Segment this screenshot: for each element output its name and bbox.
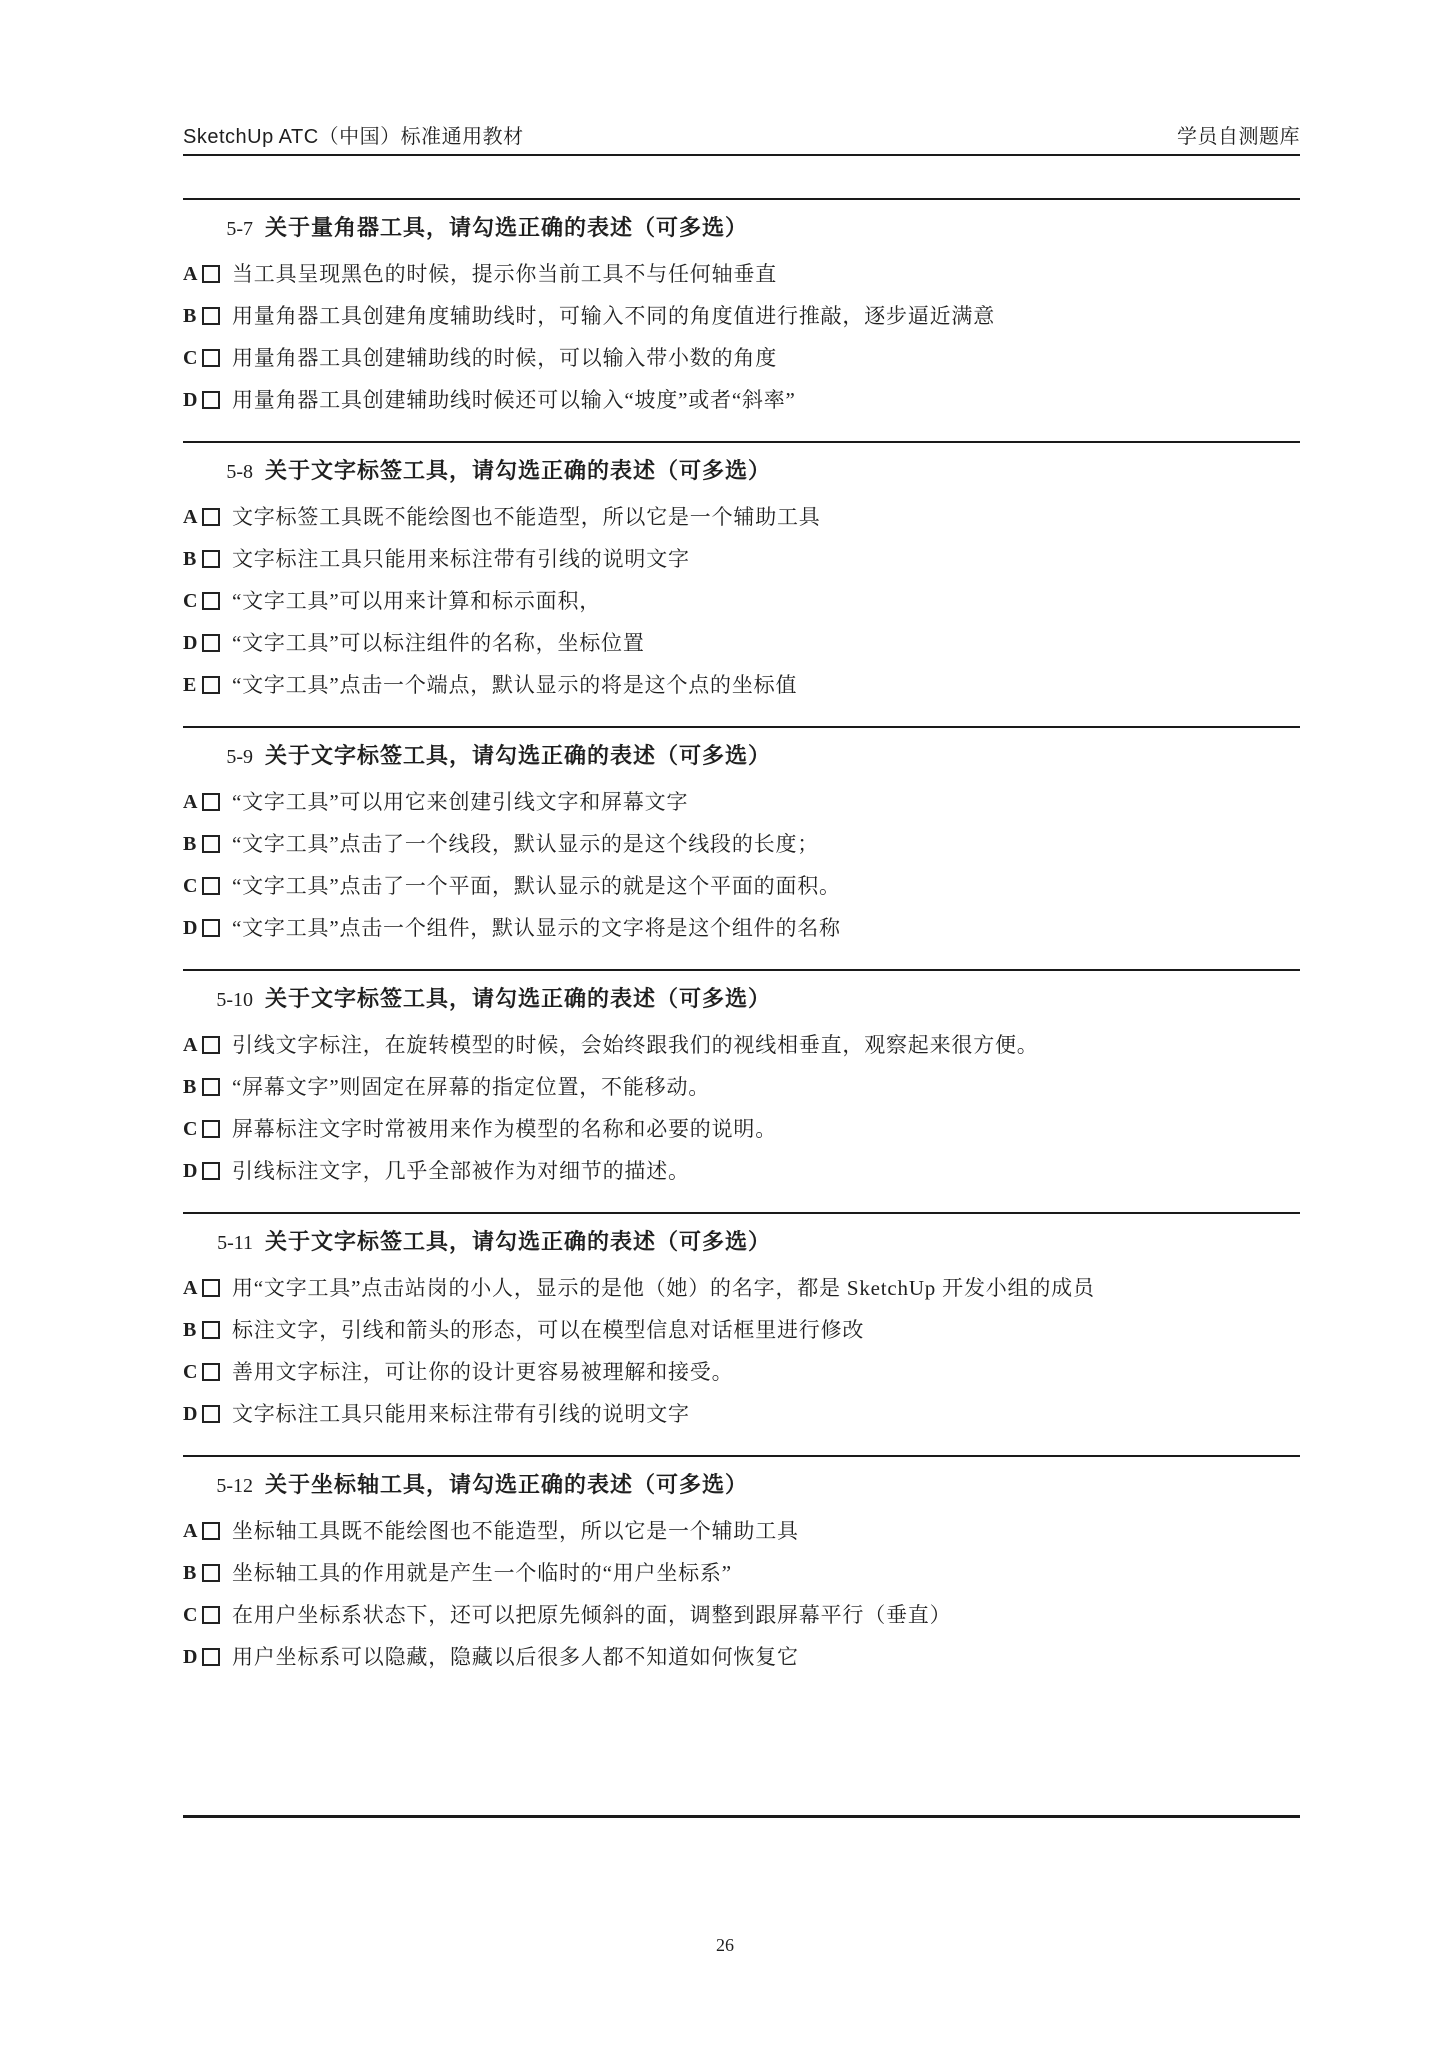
option-text: “文字工具”点击了一个线段，默认显示的是这个线段的长度； <box>232 830 819 858</box>
option-text: “文字工具”可以用它来创建引线文字和屏幕文字 <box>232 788 688 816</box>
checkbox-icon[interactable] <box>202 1522 220 1540</box>
option-text: “文字工具”可以用来计算和标示面积， <box>232 587 601 615</box>
checkbox-icon[interactable] <box>202 835 220 853</box>
checkbox-icon[interactable] <box>202 634 220 652</box>
question-block: 5-11 关于文字标签工具，请勾选正确的表述（可多选） A 用“文字工具”点击站… <box>183 1212 1300 1455</box>
question-title: 关于坐标轴工具，请勾选正确的表述（可多选） <box>265 1471 748 1499</box>
option-letter: A <box>183 263 202 286</box>
checkbox-icon[interactable] <box>202 1078 220 1096</box>
question-title-row: 5-11 关于文字标签工具，请勾选正确的表述（可多选） <box>183 1228 1300 1256</box>
question-title: 关于量角器工具，请勾选正确的表述（可多选） <box>265 214 748 242</box>
option-letter: D <box>183 917 202 940</box>
checkbox-icon[interactable] <box>202 676 220 694</box>
question-number: 5-7 <box>183 218 253 241</box>
checkbox-icon[interactable] <box>202 877 220 895</box>
checkbox-icon[interactable] <box>202 1648 220 1666</box>
checkbox-icon[interactable] <box>202 1405 220 1423</box>
option-letter: C <box>183 590 202 613</box>
question-number: 5-9 <box>183 746 253 769</box>
option-text: “文字工具”可以标注组件的名称，坐标位置 <box>232 629 645 657</box>
option-row: C 屏幕标注文字时常被用来作为模型的名称和必要的说明。 <box>183 1115 1300 1143</box>
option-text: 文字标签工具既不能绘图也不能造型，所以它是一个辅助工具 <box>232 503 821 531</box>
checkbox-icon[interactable] <box>202 1363 220 1381</box>
option-row: B “文字工具”点击了一个线段，默认显示的是这个线段的长度； <box>183 830 1300 858</box>
question-title: 关于文字标签工具，请勾选正确的表述（可多选） <box>265 985 771 1013</box>
question-title: 关于文字标签工具，请勾选正确的表述（可多选） <box>265 742 771 770</box>
checkbox-icon[interactable] <box>202 550 220 568</box>
option-text: “屏幕文字”则固定在屏幕的指定位置，不能移动。 <box>232 1073 710 1101</box>
checkbox-icon[interactable] <box>202 1564 220 1582</box>
checkbox-icon[interactable] <box>202 391 220 409</box>
option-letter: D <box>183 1403 202 1426</box>
question-number: 5-11 <box>183 1232 253 1255</box>
option-text: 当工具呈现黑色的时候，提示你当前工具不与任何轴垂直 <box>232 260 777 288</box>
option-letter: D <box>183 1160 202 1183</box>
option-text: 用户坐标系可以隐藏，隐藏以后很多人都不知道如何恢复它 <box>232 1643 799 1671</box>
option-list: A 引线文字标注，在旋转模型的时候，会始终跟我们的视线相垂直，观察起来很方便。 … <box>183 1031 1300 1185</box>
checkbox-icon[interactable] <box>202 1321 220 1339</box>
question-list: 5-7 关于量角器工具，请勾选正确的表述（可多选） A 当工具呈现黑色的时候，提… <box>183 198 1300 1698</box>
header-left-title: SketchUp ATC（中国）标准通用教材 <box>183 120 524 149</box>
question-number: 5-12 <box>183 1475 253 1498</box>
option-text: “文字工具”点击一个端点，默认显示的将是这个点的坐标值 <box>232 671 797 699</box>
option-text: “文字工具”点击了一个平面，默认显示的就是这个平面的面积。 <box>232 872 841 900</box>
option-row: A 用“文字工具”点击站岗的小人，显示的是他（她）的名字，都是 SketchUp… <box>183 1274 1300 1302</box>
option-row: C “文字工具”可以用来计算和标示面积， <box>183 587 1300 615</box>
option-row: B 标注文字，引线和箭头的形态，可以在模型信息对话框里进行修改 <box>183 1316 1300 1344</box>
option-letter: B <box>183 1076 202 1099</box>
question-number: 5-10 <box>183 989 253 1012</box>
checkbox-icon[interactable] <box>202 349 220 367</box>
option-row: C 善用文字标注，可让你的设计更容易被理解和接受。 <box>183 1358 1300 1386</box>
option-letter: D <box>183 1646 202 1669</box>
question-title: 关于文字标签工具，请勾选正确的表述（可多选） <box>265 1228 771 1256</box>
option-row: C “文字工具”点击了一个平面，默认显示的就是这个平面的面积。 <box>183 872 1300 900</box>
option-letter: A <box>183 791 202 814</box>
option-list: A 用“文字工具”点击站岗的小人，显示的是他（她）的名字，都是 SketchUp… <box>183 1274 1300 1428</box>
option-row: E “文字工具”点击一个端点，默认显示的将是这个点的坐标值 <box>183 671 1300 699</box>
option-letter: B <box>183 1319 202 1342</box>
checkbox-icon[interactable] <box>202 508 220 526</box>
option-text: 文字标注工具只能用来标注带有引线的说明文字 <box>232 1400 690 1428</box>
footer-rule <box>183 1815 1300 1818</box>
option-letter: D <box>183 389 202 412</box>
option-row: B 文字标注工具只能用来标注带有引线的说明文字 <box>183 545 1300 573</box>
option-list: A 当工具呈现黑色的时候，提示你当前工具不与任何轴垂直 B 用量角器工具创建角度… <box>183 260 1300 414</box>
checkbox-icon[interactable] <box>202 1279 220 1297</box>
option-row: C 用量角器工具创建辅助线的时候，可以输入带小数的角度 <box>183 344 1300 372</box>
option-letter: A <box>183 1277 202 1300</box>
option-row: B 用量角器工具创建角度辅助线时，可输入不同的角度值进行推敲，逐步逼近满意 <box>183 302 1300 330</box>
option-text: 坐标轴工具既不能绘图也不能造型，所以它是一个辅助工具 <box>232 1517 799 1545</box>
option-letter: A <box>183 1520 202 1543</box>
option-row: A 文字标签工具既不能绘图也不能造型，所以它是一个辅助工具 <box>183 503 1300 531</box>
option-letter: B <box>183 548 202 571</box>
checkbox-icon[interactable] <box>202 592 220 610</box>
option-row: B 坐标轴工具的作用就是产生一个临时的“用户坐标系” <box>183 1559 1300 1587</box>
question-block: 5-8 关于文字标签工具，请勾选正确的表述（可多选） A 文字标签工具既不能绘图… <box>183 441 1300 726</box>
option-letter: B <box>183 833 202 856</box>
question-block: 5-7 关于量角器工具，请勾选正确的表述（可多选） A 当工具呈现黑色的时候，提… <box>183 198 1300 441</box>
page-number: 26 <box>0 1935 1450 1956</box>
option-letter: C <box>183 875 202 898</box>
option-letter: E <box>183 674 202 697</box>
option-text: 标注文字，引线和箭头的形态，可以在模型信息对话框里进行修改 <box>232 1316 864 1344</box>
option-row: D “文字工具”可以标注组件的名称，坐标位置 <box>183 629 1300 657</box>
option-row: A 引线文字标注，在旋转模型的时候，会始终跟我们的视线相垂直，观察起来很方便。 <box>183 1031 1300 1059</box>
option-text: 坐标轴工具的作用就是产生一个临时的“用户坐标系” <box>232 1559 732 1587</box>
option-row: D 用户坐标系可以隐藏，隐藏以后很多人都不知道如何恢复它 <box>183 1643 1300 1671</box>
option-row: A “文字工具”可以用它来创建引线文字和屏幕文字 <box>183 788 1300 816</box>
option-row: D 文字标注工具只能用来标注带有引线的说明文字 <box>183 1400 1300 1428</box>
header-right-title: 学员自测题库 <box>1177 120 1300 149</box>
option-letter: B <box>183 1562 202 1585</box>
option-text: 在用户坐标系状态下，还可以把原先倾斜的面，调整到跟屏幕平行（垂直） <box>232 1601 951 1629</box>
option-letter: D <box>183 632 202 655</box>
option-text: 用“文字工具”点击站岗的小人，显示的是他（她）的名字，都是 SketchUp 开… <box>232 1274 1095 1302</box>
option-letter: A <box>183 1034 202 1057</box>
option-text: 引线文字标注，在旋转模型的时候，会始终跟我们的视线相垂直，观察起来很方便。 <box>232 1031 1039 1059</box>
option-text: 用量角器工具创建辅助线的时候，可以输入带小数的角度 <box>232 344 777 372</box>
option-letter: C <box>183 347 202 370</box>
question-block: 5-9 关于文字标签工具，请勾选正确的表述（可多选） A “文字工具”可以用它来… <box>183 726 1300 969</box>
option-list: A 文字标签工具既不能绘图也不能造型，所以它是一个辅助工具 B 文字标注工具只能… <box>183 503 1300 699</box>
option-row: D “文字工具”点击一个组件，默认显示的文字将是这个组件的名称 <box>183 914 1300 942</box>
checkbox-icon[interactable] <box>202 1162 220 1180</box>
question-title-row: 5-8 关于文字标签工具，请勾选正确的表述（可多选） <box>183 457 1300 485</box>
checkbox-icon[interactable] <box>202 919 220 937</box>
checkbox-icon[interactable] <box>202 1120 220 1138</box>
checkbox-icon[interactable] <box>202 1036 220 1054</box>
question-number: 5-8 <box>183 461 253 484</box>
checkbox-icon[interactable] <box>202 793 220 811</box>
option-letter: C <box>183 1361 202 1384</box>
option-text: 引线标注文字，几乎全部被作为对细节的描述。 <box>232 1157 690 1185</box>
checkbox-icon[interactable] <box>202 265 220 283</box>
option-text: 用量角器工具创建角度辅助线时，可输入不同的角度值进行推敲，逐步逼近满意 <box>232 302 995 330</box>
page-header: SketchUp ATC（中国）标准通用教材 学员自测题库 <box>183 120 1300 156</box>
option-text: 善用文字标注，可让你的设计更容易被理解和接受。 <box>232 1358 733 1386</box>
option-row: A 当工具呈现黑色的时候，提示你当前工具不与任何轴垂直 <box>183 260 1300 288</box>
option-row: D 用量角器工具创建辅助线时候还可以输入“坡度”或者“斜率” <box>183 386 1300 414</box>
checkbox-icon[interactable] <box>202 307 220 325</box>
question-block: 5-12 关于坐标轴工具，请勾选正确的表述（可多选） A 坐标轴工具既不能绘图也… <box>183 1455 1300 1698</box>
option-letter: C <box>183 1118 202 1141</box>
question-title-row: 5-7 关于量角器工具，请勾选正确的表述（可多选） <box>183 214 1300 242</box>
question-title-row: 5-10 关于文字标签工具，请勾选正确的表述（可多选） <box>183 985 1300 1013</box>
option-text: “文字工具”点击一个组件，默认显示的文字将是这个组件的名称 <box>232 914 841 942</box>
document-page: SketchUp ATC（中国）标准通用教材 学员自测题库 5-7 关于量角器工… <box>0 0 1450 2048</box>
question-title: 关于文字标签工具，请勾选正确的表述（可多选） <box>265 457 771 485</box>
question-title-row: 5-12 关于坐标轴工具，请勾选正确的表述（可多选） <box>183 1471 1300 1499</box>
option-row: C 在用户坐标系状态下，还可以把原先倾斜的面，调整到跟屏幕平行（垂直） <box>183 1601 1300 1629</box>
option-row: A 坐标轴工具既不能绘图也不能造型，所以它是一个辅助工具 <box>183 1517 1300 1545</box>
checkbox-icon[interactable] <box>202 1606 220 1624</box>
option-letter: B <box>183 305 202 328</box>
question-block: 5-10 关于文字标签工具，请勾选正确的表述（可多选） A 引线文字标注，在旋转… <box>183 969 1300 1212</box>
option-row: D 引线标注文字，几乎全部被作为对细节的描述。 <box>183 1157 1300 1185</box>
option-letter: C <box>183 1604 202 1627</box>
option-list: A “文字工具”可以用它来创建引线文字和屏幕文字 B “文字工具”点击了一个线段… <box>183 788 1300 942</box>
option-text: 文字标注工具只能用来标注带有引线的说明文字 <box>232 545 690 573</box>
option-letter: A <box>183 506 202 529</box>
option-list: A 坐标轴工具既不能绘图也不能造型，所以它是一个辅助工具 B 坐标轴工具的作用就… <box>183 1517 1300 1671</box>
option-text: 用量角器工具创建辅助线时候还可以输入“坡度”或者“斜率” <box>232 386 796 414</box>
question-title-row: 5-9 关于文字标签工具，请勾选正确的表述（可多选） <box>183 742 1300 770</box>
option-row: B “屏幕文字”则固定在屏幕的指定位置，不能移动。 <box>183 1073 1300 1101</box>
option-text: 屏幕标注文字时常被用来作为模型的名称和必要的说明。 <box>232 1115 777 1143</box>
